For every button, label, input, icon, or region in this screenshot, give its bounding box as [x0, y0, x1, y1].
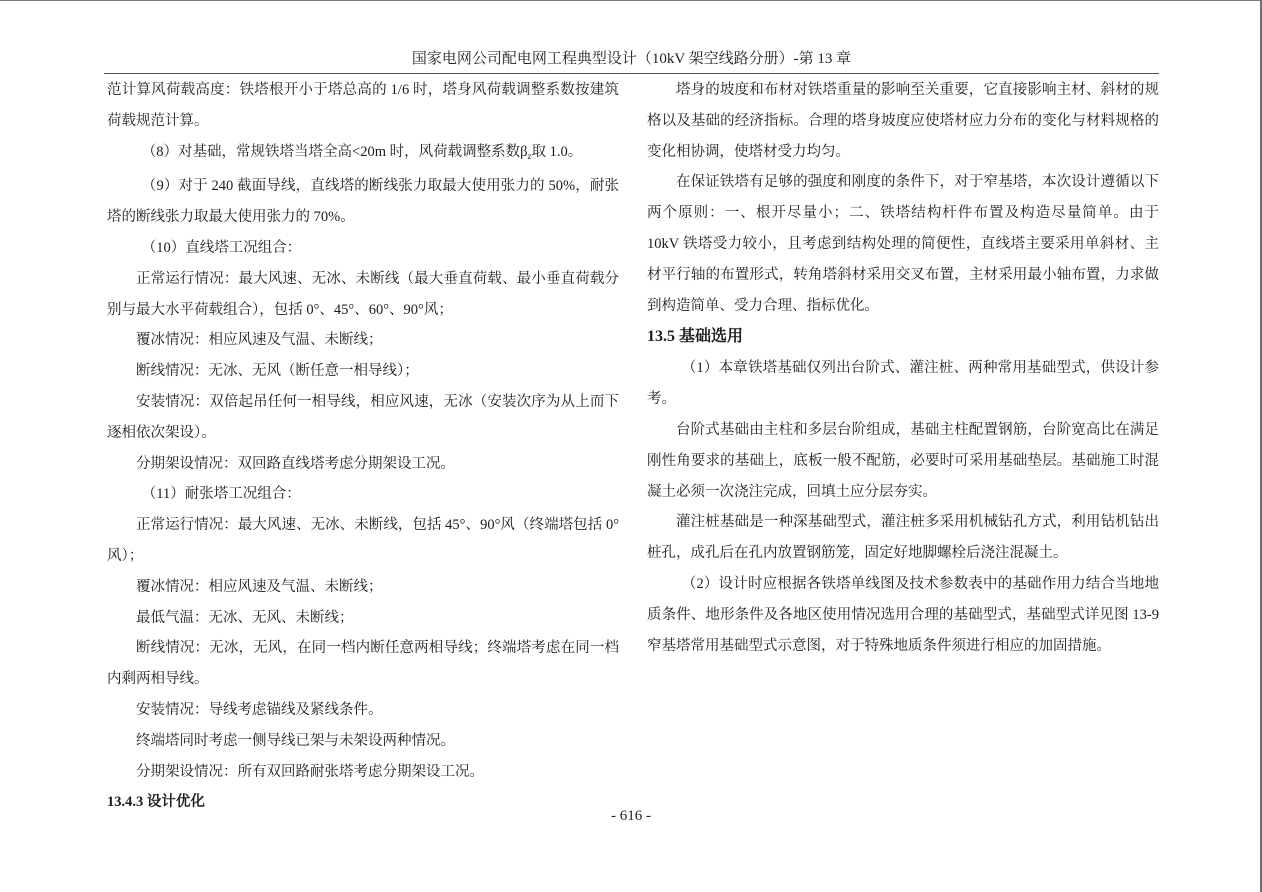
paragraph-broken-line-straight: 断线情况：无冰、无风（断任意一相导线）；: [107, 356, 619, 387]
paragraph-wind-load-height: 范计算风荷载高度：铁塔根开小于塔总高的 1/6 时，塔身风荷载调整系数按建筑荷载…: [107, 75, 619, 137]
paragraph-foundation-item-2: （2）设计时应根据各铁塔单线图及技术参数表中的基础作用力结合当地地质条件、地形条…: [647, 569, 1159, 661]
paragraph-staged-erection-tension: 分期架设情况：所有双回路耐张塔考虑分期架设工况。: [107, 757, 619, 788]
paragraph-normal-operation-tension: 正常运行情况：最大风速、无冰、未断线，包括 45°、90°风（终端塔包括 0°风…: [107, 510, 619, 572]
page-number: - 616 -: [0, 808, 1262, 825]
page-frame-top-border: [0, 0, 1262, 1]
paragraph-terminal-tower: 终端塔同时考虑一侧导线已架与未架设两种情况。: [107, 726, 619, 757]
paragraph-icing-straight: 覆冰情况：相应风速及气温、未断线；: [107, 325, 619, 356]
paragraph-icing-tension: 覆冰情况：相应风速及气温、未断线；: [107, 572, 619, 603]
paragraph-lowest-temperature: 最低气温：无冰、无风、未断线；: [107, 603, 619, 634]
left-column: 范计算风荷载高度：铁塔根开小于塔总高的 1/6 时，塔身风荷载调整系数按建筑荷载…: [107, 75, 619, 818]
right-column: 塔身的坡度和布材对铁塔重量的影响至关重要，它直接影响主材、斜材的规格以及基础的经…: [647, 75, 1159, 661]
paragraph-installation-tension: 安装情况：导线考虑锚线及紧线条件。: [107, 695, 619, 726]
paragraph-staged-erection-straight: 分期架设情况：双回路直线塔考虑分期架设工况。: [107, 449, 619, 480]
running-header: 国家电网公司配电网工程典型设计（10kV 架空线路分册）-第 13 章: [104, 48, 1159, 74]
paragraph-installation-straight: 安装情况：双倍起吊任何一相导线，相应风速，无冰（安装次序为从上而下逐相依次架设）…: [107, 387, 619, 449]
paragraph-broken-line-tension: 断线情况：无冰，无风，在同一档内断任意两相导线；终端塔考虑在同一档内剩两相导线。: [107, 633, 619, 695]
paragraph-stepped-foundation: 台阶式基础由主柱和多层台阶组成，基础主柱配置钢筋，台阶宽高比在满足刚性角要求的基…: [647, 415, 1159, 507]
section-heading-13-5: 13.5 基础选用: [647, 321, 1159, 353]
paragraph-normal-operation-straight: 正常运行情况：最大风速、无冰、未断线（最大垂直荷载、最小垂直荷载分别与最大水平荷…: [107, 264, 619, 326]
paragraph-design-principles: 在保证铁塔有足够的强度和刚度的条件下，对于窄基塔，本次设计遵循以下两个原则：一、…: [647, 167, 1159, 321]
paragraph-bored-pile-foundation: 灌注桩基础是一种深基础型式，灌注桩多采用机械钻孔方式，利用钻机钻出桩孔，成孔后在…: [647, 507, 1159, 569]
paragraph-item-9: （9）对于 240 截面导线，直线塔的断线张力取最大使用张力的 50%，耐张塔的…: [107, 171, 619, 233]
paragraph-item-10: （10）直线塔工况组合：: [107, 233, 619, 264]
paragraph-tower-slope: 塔身的坡度和布材对铁塔重量的影响至关重要，它直接影响主材、斜材的规格以及基础的经…: [647, 75, 1159, 167]
paragraph-item-11: （11）耐张塔工况组合：: [107, 479, 619, 510]
paragraph-foundation-item-1: （1）本章铁塔基础仅列出台阶式、灌注桩、两种常用基础型式，供设计参考。: [647, 353, 1159, 415]
paragraph-item-8: （8）对基础，常规铁塔当塔全高<20m 时，风荷载调整系数βz取 1.0。: [107, 137, 619, 172]
